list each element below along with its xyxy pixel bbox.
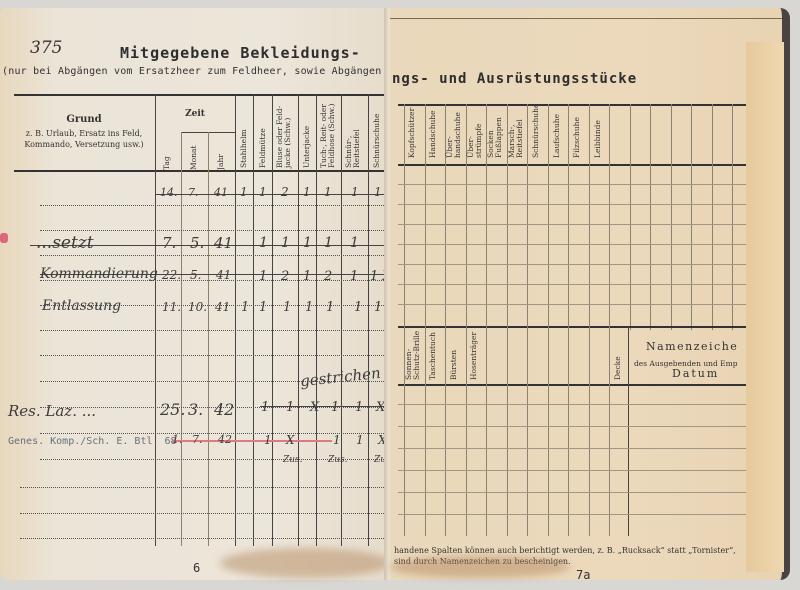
col-line (650, 104, 651, 330)
row6-item: 1 (333, 433, 341, 447)
row3-grund: Kommandierung (40, 266, 158, 282)
row1-item: 1 (303, 185, 311, 199)
signature-col-line (628, 326, 629, 536)
grid-row (398, 426, 746, 427)
page-number-right: 7a (576, 568, 590, 582)
red-ink-mark (0, 233, 8, 243)
grid-row (398, 184, 746, 185)
col-header-unterjacke: Unterjacke (303, 126, 311, 168)
row3-item: 2 (281, 269, 289, 284)
col-line (316, 94, 317, 546)
col-header-ueberhandschuhe: Über-handschuhe (446, 110, 462, 158)
grid-row (398, 284, 746, 285)
col-line (691, 104, 692, 330)
row4-item: 1 (374, 300, 382, 315)
row3-item: 2 (324, 269, 332, 284)
col-line (732, 104, 733, 330)
grid-row (398, 492, 746, 493)
col-line (568, 326, 569, 536)
grid-row (398, 264, 746, 265)
grid-row (398, 470, 746, 471)
col-line (486, 326, 487, 536)
edge-discoloration (746, 42, 784, 572)
row4-jahr: 41 (215, 300, 230, 314)
row5-item: X (310, 400, 319, 415)
row1-item: 2 (281, 185, 289, 199)
row4-item: 1 (326, 300, 334, 315)
row6-note: Zus. (283, 455, 303, 465)
row1-item: 1 (351, 185, 359, 199)
col-line (253, 94, 254, 546)
row1-item: 1 (259, 185, 267, 199)
col-line (548, 104, 549, 330)
page-subtitle-left: (nur bei Abgängen vom Ersatzheer zum Fel… (2, 66, 406, 77)
row-rule (40, 355, 386, 356)
row6-item: 1 (264, 433, 272, 447)
row4-item: 1 (259, 300, 267, 315)
col-line (527, 104, 528, 330)
col-line (298, 94, 299, 546)
col-header-buersten: Bürsten (450, 350, 458, 380)
row2-jahr: 41 (214, 234, 233, 252)
row5-monat: 3. (188, 400, 203, 419)
row5-item: 1 (331, 400, 339, 415)
row3-jahr: 41 (216, 268, 231, 282)
row-rule (40, 255, 386, 256)
col-header-decke: Decke (614, 356, 622, 380)
col-line (712, 104, 713, 330)
row3-item: 1 (350, 269, 358, 284)
strike-line (260, 406, 388, 407)
zeit-header: Zeit (156, 109, 234, 120)
col-header-schnuerschuhe: Schnürschuhe (532, 104, 540, 158)
row-rule (40, 330, 386, 331)
col-line (589, 104, 590, 330)
row2-item: 1 (259, 235, 268, 251)
grid-row (398, 404, 746, 405)
grid-row (398, 224, 746, 225)
col-line (155, 94, 156, 546)
row6-monat: 7. (192, 433, 203, 446)
col-header-stiefel: Schnür-, Reitstiefel (345, 118, 361, 168)
row-rule (40, 230, 386, 231)
col-header-handschuhe: Handschuhe (429, 110, 437, 158)
row2-grund: ...setzt (36, 233, 94, 253)
col-line (507, 326, 508, 536)
row4-item: 1 (241, 300, 249, 315)
row6-item: 1 (356, 433, 364, 447)
col-line (404, 104, 405, 330)
row3-item: 1 (303, 269, 311, 284)
row4-item: 1 (354, 300, 362, 315)
col-header-kopfschuetzer: Kopfschützer (408, 108, 416, 158)
header-bottom-rule (14, 170, 386, 172)
col-header-stahlhelm: Stahlhelm (240, 129, 248, 168)
header-bottom-rule (398, 164, 746, 166)
row1-tag: 14. (160, 186, 178, 199)
header-top-rule (14, 94, 386, 96)
row2-monat: 5. (190, 234, 204, 252)
row1-item: 1 (374, 185, 382, 199)
row5-item: 1 (286, 400, 294, 415)
col-header-leibbinde: Leibbinde (594, 120, 602, 158)
row1-item: 1 (324, 185, 332, 199)
col-line (235, 94, 236, 546)
col-header-feldmuetze: Feldmütze (259, 128, 267, 168)
col-line (527, 326, 528, 536)
col-line (368, 94, 369, 546)
row4-monat: 10. (188, 300, 207, 314)
row3-tag: 22. (162, 268, 181, 282)
page-title-left: Mitgegebene Bekleidungs- (120, 44, 361, 62)
row6-item: X (286, 433, 295, 447)
col-header-monat: Monat (190, 145, 198, 170)
row3-monat: 5. (190, 268, 201, 282)
grund-sub-1: z. B. Urlaub, Ersatz ins Feld, (14, 128, 154, 139)
row4-item: 1 (283, 300, 291, 315)
signature-header: Namenzeiche (646, 341, 738, 352)
page-edge-line (390, 18, 782, 19)
row2-item: 1 (303, 235, 312, 251)
water-stain (390, 556, 570, 578)
date-header: Datum (672, 368, 719, 379)
col-line (425, 104, 426, 330)
handwritten-number: 375 (30, 38, 62, 58)
col-header-jahr: Jahr (217, 154, 225, 170)
footnote-line-1: handene Spalten können auch berichtigt w… (394, 546, 736, 556)
row6-tag: 1. (172, 433, 183, 446)
grid-row (398, 304, 746, 305)
col-header-tag: Tag (163, 156, 171, 170)
row5-item: 1 (355, 400, 363, 415)
water-stain (220, 548, 390, 578)
col-header-bluse: Bluse oder Feld-jacke (Schw.) (276, 100, 292, 168)
section-divider (398, 326, 746, 328)
row-rule (20, 513, 386, 514)
left-page: 375 Mitgegebene Bekleidungs- (nur bei Ab… (0, 8, 392, 580)
grid-row (398, 244, 746, 245)
row-rule (20, 538, 386, 539)
row5-item: 1 (261, 400, 269, 415)
grund-sub-2: Kommando, Versetzung usw.) (14, 139, 154, 150)
col-header-socken: Socken Fußlappen (487, 110, 503, 158)
col-header-tuchhose: Tuch-, Reit- oder Feldhose (Schw.) (320, 100, 336, 168)
row1-jahr: 41 (214, 186, 228, 199)
col-line (548, 326, 549, 536)
row2-item: 1 (281, 235, 290, 251)
col-line (630, 104, 631, 330)
row5-grund: Res. Laz. ... (8, 402, 96, 420)
col-line (671, 104, 672, 330)
page-title-right: ngs- und Ausrüstungsstücke (392, 71, 637, 87)
col-line (341, 94, 342, 546)
col-line (272, 94, 273, 546)
col-header-hosentraeger: Hosenträger (470, 332, 478, 380)
col-line (609, 326, 610, 536)
col-header-laufschuhe: Laufschuhe (553, 114, 561, 158)
col-header-taschentuch: Taschentuch (429, 332, 437, 380)
col-line (568, 104, 569, 330)
col-line (425, 326, 426, 536)
right-page: ngs- und Ausrüstungsstücke Kopfschützer … (390, 8, 790, 580)
grid-row (398, 204, 746, 205)
row4-item: 1 (305, 300, 313, 315)
row5-jahr: 42 (214, 400, 234, 419)
col-header-sonnenschutzbrille: Sonnen-Schutz-Brille (405, 328, 421, 380)
row1-monat: 7. (188, 186, 199, 199)
col-line (466, 326, 467, 536)
grid-row (398, 448, 746, 449)
col-line (589, 326, 590, 536)
col-line (445, 326, 446, 536)
col-header-ueberstruempfe: Über-strümpfe (467, 110, 483, 158)
grund-header: Grund (14, 114, 154, 125)
row4-tag: 11. (162, 300, 181, 314)
row-rule (40, 205, 386, 206)
row3-item: 1 (259, 269, 267, 284)
row6-stamp: Genes. Komp./Sch. E. Btl. 68 (8, 436, 177, 447)
row-rule (20, 487, 386, 488)
page-number-left: 6 (193, 561, 200, 575)
col-header-filzschuhe: Filzschuhe (573, 117, 581, 158)
row2-tag: 7. (162, 234, 176, 252)
col-header-marschstiefel: Marsch-, Reitstiefel (508, 110, 524, 158)
row2-item: 1 (350, 235, 359, 251)
row5-tag: 25. (160, 400, 185, 419)
row1-item: 1 (240, 185, 248, 199)
grid-row (398, 514, 746, 515)
col-line (609, 104, 610, 330)
header-top-rule (398, 104, 746, 106)
row4-grund: Entlassung (42, 298, 121, 314)
row6-note: Zus. (328, 455, 348, 465)
row6-jahr: 42 (218, 433, 232, 446)
col-header-schnuerschuhe: Schnürschuhe (373, 114, 381, 168)
lower-header-rule (398, 384, 746, 386)
open-pay-book: 375 Mitgegebene Bekleidungs- (nur bei Ab… (0, 8, 800, 588)
row2-item: 1 (324, 235, 333, 251)
